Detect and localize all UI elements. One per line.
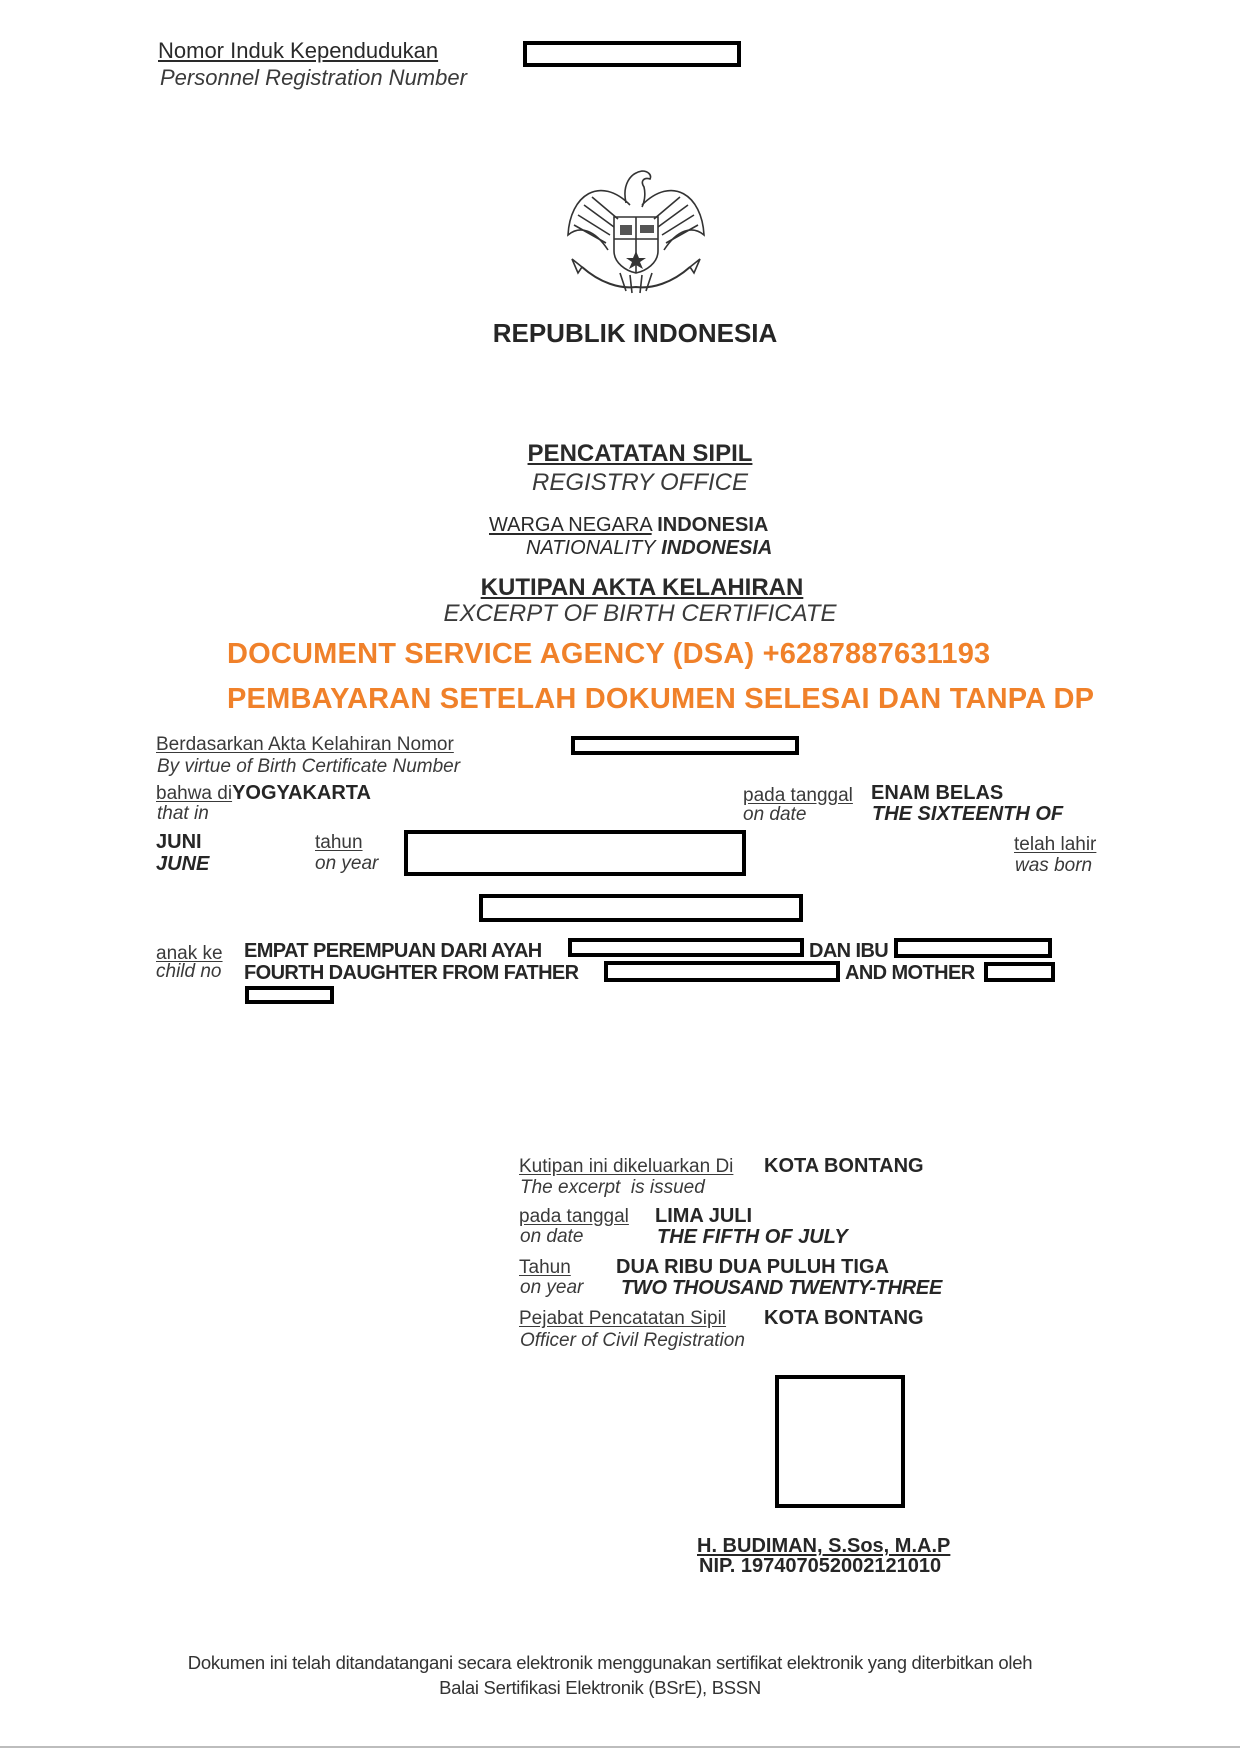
nationality-value: INDONESIA [657,514,768,536]
father-name-en-redacted-field [604,961,840,982]
issued-date-label: pada tanggal [519,1206,629,1228]
page-bottom-edge [0,1746,1240,1748]
signatory-nip: NIP. 197407052002121010 [699,1555,941,1578]
birth-place-label: bahwa di [156,783,232,804]
officer-label: Pejabat Pencatatan Sipil [519,1308,726,1330]
issued-year-value: DUA RIBU DUA PULUH TIGA [616,1256,889,1279]
cert-number-label: Berdasarkan Akta Kelahiran Nomor [156,734,454,756]
child-order-father-line: EMPAT PEREMPUAN DARI AYAH [244,940,542,963]
issued-place-label-en: The excerpt is issued [520,1177,705,1199]
officer-place-value: KOTA BONTANG [764,1307,924,1330]
issued-place-label: Kutipan ini dikeluarkan Di [519,1156,733,1178]
mother-label-en: AND MOTHER [845,962,975,985]
signature-qr-redacted-box [775,1375,905,1508]
nationality-label-en: NATIONALITY [526,537,656,559]
watermark-agency-line: DOCUMENT SERVICE AGENCY (DSA) +628788763… [227,638,990,671]
mother-name-en-overflow-redacted-field [245,986,334,1004]
birth-year-redacted-field [404,830,746,876]
mother-label: DAN IBU [809,940,888,963]
birth-date-value: ENAM BELAS [871,782,1003,805]
watermark-payment-line: PEMBAYARAN SETELAH DOKUMEN SELESAI DAN T… [227,683,1094,716]
birth-place-label-en: that in [157,803,209,825]
officer-label-en: Officer of Civil Registration [520,1330,745,1352]
birth-year-label: tahun [315,832,363,854]
nik-redacted-field [523,41,741,67]
birth-date-value-en: THE SIXTEENTH OF [872,803,1063,826]
country-title: REPUBLIK INDONESIA [15,318,1240,349]
footer-esign-notice: Dokumen ini telah ditandatangani secara … [0,1652,1230,1674]
cert-number-label-en: By virtue of Birth Certificate Number [157,756,460,778]
document-title: KUTIPAN AKTA KELAHIRAN [22,574,1240,602]
issued-date-label-en: on date [520,1226,583,1248]
birth-place-value: YOGYAKARTA [232,782,371,804]
issued-place-value: KOTA BONTANG [764,1155,924,1178]
office-title-en: REGISTRY OFFICE [20,469,1240,497]
birth-year-label-en: on year [315,853,378,875]
nationality-label: WARGA NEGARA [489,514,652,536]
born-label-en: was born [1015,855,1092,877]
child-no-label-en: child no [156,961,222,983]
birth-month-value: JUNI [156,831,202,854]
issued-year-label-en: on year [520,1277,583,1299]
mother-name-redacted-field [894,938,1052,958]
issued-year-label: Tahun [519,1257,571,1279]
father-name-redacted-field [568,938,804,957]
nationality-value-en: INDONESIA [661,537,772,559]
mother-name-en-redacted-field [984,962,1055,982]
issued-date-value-en: THE FIFTH OF JULY [657,1226,848,1249]
issued-date-value: LIMA JULI [655,1205,752,1228]
office-title: PENCATATAN SIPIL [20,440,1240,468]
cert-number-redacted-field [571,736,799,755]
nik-sublabel: Personnel Registration Number [160,65,467,91]
nationality-row: WARGA NEGARA INDONESIA [489,514,768,537]
child-order-father-line-en: FOURTH DAUGHTER FROM FATHER [244,962,579,985]
birth-place-row: bahwa diYOGYAKARTA [156,782,371,805]
nik-label: Nomor Induk Kependudukan [158,38,438,64]
nationality-row-en: NATIONALITY INDONESIA [526,537,772,560]
footer-esign-issuer: Balai Sertifikasi Elektronik (BSrE), BSS… [0,1677,1220,1699]
birth-month-value-en: JUNE [156,853,209,876]
issued-year-value-en: TWO THOUSAND TWENTY-THREE [621,1277,942,1300]
document-title-en: EXCERPT OF BIRTH CERTIFICATE [20,600,1240,628]
garuda-emblem-icon [560,155,712,305]
born-label: telah lahir [1014,834,1096,856]
birth-date-label-en: on date [743,804,806,826]
child-name-redacted-field [479,894,803,922]
